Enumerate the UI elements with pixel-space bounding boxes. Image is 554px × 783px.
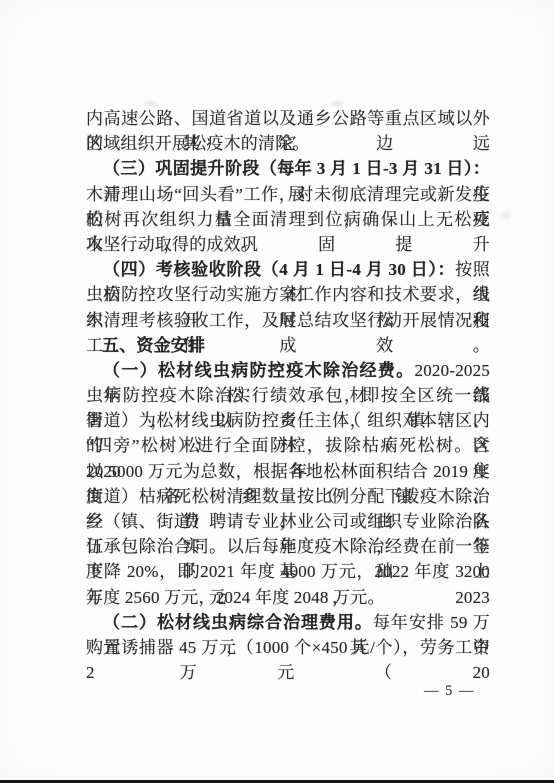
text-segment: 攻坚行动取得的成效。	[86, 235, 258, 254]
text-line: 木清理山场“回头看”工作，对未彻底清理完或新发生的枯病死	[86, 182, 490, 207]
text-line: 购置诱捕器 45 万元（1000 个×450 元/个），劳务工资 2 万元（20	[86, 635, 490, 660]
text-line: （四）考核验收阶段（4 月 1 日-4 月 30 日）：按照松材线	[86, 257, 490, 282]
text-line: （二）松材线虫病综合治理费用。每年安排 59 万元，其中	[86, 610, 490, 635]
text-segment: 购置诱捕器 45 万元（1000 个×450 元/个），劳务工资 2 万元（20	[86, 638, 490, 682]
text-line: 乡（镇、街道）聘请专业林业公司或组织专业除治队伍实施，签	[86, 509, 490, 534]
bold-text-segment: （三）巩固提升阶段（每年 3 月 1 日-3 月 31 日）：	[103, 159, 490, 178]
text-line: 虫病防控疫木除治实行绩效承包，即按全区统一部署，以乡（镇、	[86, 383, 490, 408]
text-line: （一）松材线虫病防控疫木除治经费。2020-2025 年松材线	[86, 358, 490, 383]
text-line: 街道）为松材线虫病防控责任主体，组织对本辖区内的松林（含	[86, 408, 490, 433]
page-number: — 5 —	[424, 683, 475, 700]
text-line: 虫病防控攻坚行动实施方案工作内容和技术要求，组织开展松疫	[86, 282, 490, 307]
text-line: 木清理考核验收工作，及时总结攻坚行动开展情况和工作成效。	[86, 308, 490, 333]
document-body: 内高速公路、国道省道以及通乡公路等重点区域以外的其它边远区域组织开展松疫木的清除…	[86, 106, 490, 660]
text-segment: 年度 2560 万元，2024 年度 2048 万元。	[86, 588, 385, 607]
text-line: “四旁”松树）进行全面防控，拔除枯病死松树。区 2020 年度	[86, 433, 490, 458]
bold-text-segment: （二）松材线虫病综合治理费用。	[103, 613, 373, 632]
scan-smudge	[499, 210, 512, 221]
bold-text-segment: （四）考核验收阶段（4 月 1 日-4 月 30 日）：	[103, 260, 455, 279]
text-line: （三）巩固提升阶段（每年 3 月 1 日-3 月 31 日）：开展疫	[86, 156, 490, 181]
text-line: 订承包除治合同。以后每年度疫木除治经费在前一年度的基础上	[86, 534, 490, 559]
text-line: 下降 20%，即 2021 年度 4000 万元，2022 年度 3200 万元…	[86, 559, 490, 584]
text-segment: 区域组织开展松疫木的清除。	[86, 134, 310, 153]
text-line: 松树再次组织力量全面清理到位，确保山上无松疫木，巩固提升	[86, 207, 490, 232]
bold-text-segment: 五、资金安排	[102, 336, 205, 355]
text-line: 内高速公路、国道省道以及通乡公路等重点区域以外的其它边远	[86, 106, 490, 131]
text-line: 以 5000 万元为总数，根据各地松林面积结合 2019 年度各乡（镇、	[86, 459, 490, 484]
bold-text-segment: （一）松材线虫病防控疫木除治经费。	[103, 361, 415, 380]
text-line: 街道）枯病死松树清理数量按比例分配下拨疫木除治经费，由各	[86, 484, 490, 509]
scanned-document-page: 内高速公路、国道省道以及通乡公路等重点区域以外的其它边远区域组织开展松疫木的清除…	[0, 0, 554, 783]
